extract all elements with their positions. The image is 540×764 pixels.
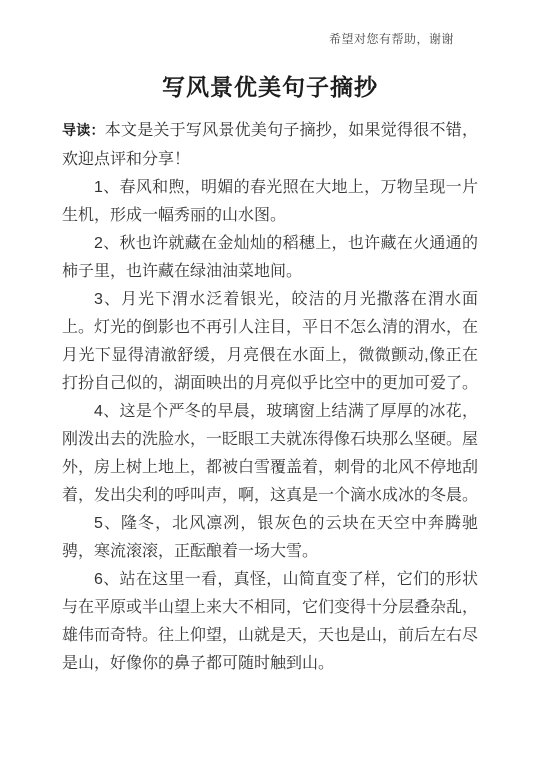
document-page: 希望对您有帮助，谢谢 写风景优美句子摘抄 导读：本文是关于写风景优美句子摘抄，如… [0,0,540,764]
lead-paragraph: 导读：本文是关于写风景优美句子摘抄，如果觉得很不错，欢迎点评和分享！ [62,117,478,174]
body-paragraph-1: 1、春风和煦，明媚的春光照在大地上，万物呈现一片生机，形成一幅秀丽的山水图。 [62,174,478,230]
body-paragraph-5: 5、隆冬，北风凛冽，银灰色的云块在天空中奔腾驰骋，寒流滚滚，正酝酿着一场大雪。 [62,510,478,566]
page-title: 写风景优美句子摘抄 [0,69,540,102]
article-body: 导读：本文是关于写风景优美句子摘抄，如果觉得很不错，欢迎点评和分享！ 1、春风和… [62,117,478,678]
header-note: 希望对您有帮助，谢谢 [0,0,540,47]
body-paragraph-6: 6、站在这里一看，真怪，山简直变了样，它们的形状与在平原或半山望上来大不相同，它… [62,566,478,678]
lead-text: 本文是关于写风景优美句子摘抄，如果觉得很不错，欢迎点评和分享！ [62,122,478,168]
body-paragraph-2: 2、秋也许就藏在金灿灿的稻穗上，也许藏在火通通的柿子里，也许藏在绿油油菜地间。 [62,230,478,286]
body-paragraph-3: 3、月光下渭水泛着银光，皎洁的月光撒落在渭水面上。灯光的倒影也不再引人注目，平日… [62,286,478,398]
body-paragraph-4: 4、这是个严冬的早晨，玻璃窗上结满了厚厚的冰花，刚泼出去的洗脸水，一眨眼工夫就冻… [62,398,478,510]
lead-label: 导读： [62,124,105,139]
